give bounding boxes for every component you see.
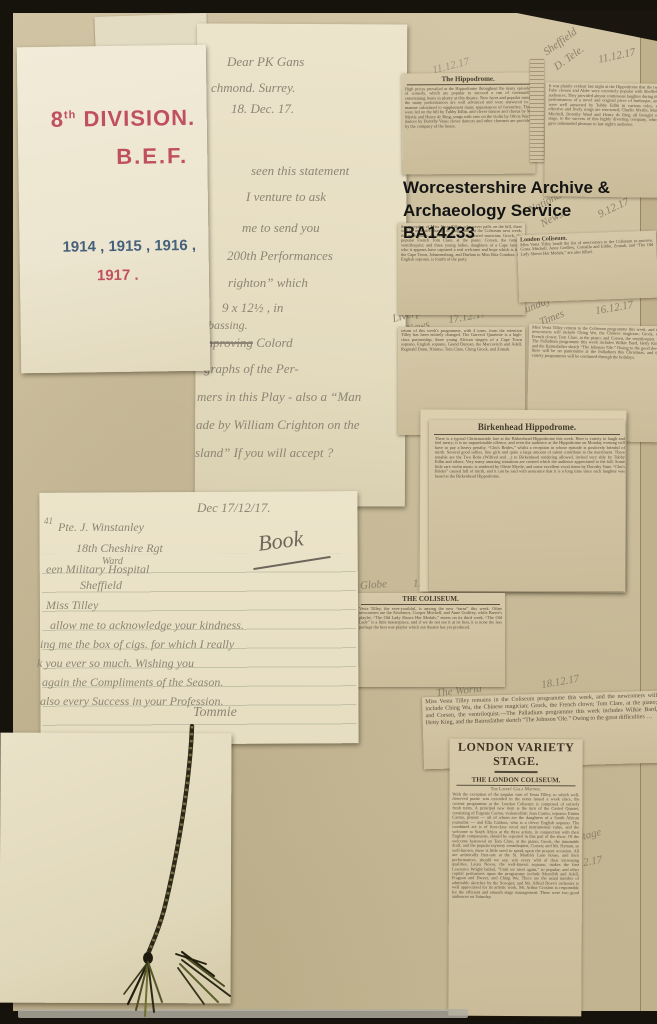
clipping-headline: Birkenhead Hippodrome. [434,422,620,435]
clipping-hippodrome: The Hippodrome. High prices prevailed at… [402,73,536,175]
division-card-years-blue: 1914 , 1915 , 1916 , [62,237,196,256]
clipping-body: return of this week's programme, with 4 … [401,329,522,352]
handwriting-line: I venture to ask [246,189,326,205]
clipping-headline: THE COLISEUM. [361,595,500,605]
handwriting-line: seen this statement [251,163,349,179]
handwriting-line: 18. Dec. 17. [231,101,294,117]
clipping-torn-strip [530,59,544,162]
pencil-note-book: Book [257,525,305,556]
letter-salutation: Miss Tilley [46,598,98,613]
handwriting-line: ade by William Crighton on the [196,417,360,433]
scrapbook-scan: Dear PK Gans chmond. Surrey. 18. Dec. 17… [0,0,657,1024]
handwriting-line: 200th Performances [227,248,333,264]
handwriting-line: chmond. Surrey. [211,80,295,96]
handwriting-line-strikethrough: improving Colord [200,335,293,351]
handwriting-line: sland” If you will accept ? [195,445,333,461]
clipping-subheadline: THE LONDON COLISEUM. [456,775,575,786]
letter-address-line: 18th Cheshire Rgt [76,541,163,556]
division-number-suffix: th [64,109,77,121]
division-card-bef: B.E.F. [116,143,188,170]
letter-body-line: k you ever so much. Wishing you [37,656,194,671]
handwriting-line: me to send you [242,220,320,236]
annotation-source: Globe [360,578,388,592]
division-card-title: 8th DIVISION. [51,105,196,133]
tassel-fray-right [176,952,230,1004]
handwriting-line: mers in this Play - also a “Man [197,389,361,405]
headline-rule [494,770,537,772]
letter-body-line: again the Compliments of the Season. [42,675,223,690]
archive-watermark-line3: BA14233 [403,222,657,245]
clipping-body: It was plainly evident last night at the… [548,84,657,127]
clipping-body: Vesta Tilley, the ever-youthful, is amon… [359,607,502,630]
clipping-subsubheadline: The Ladies' Gala Matinee. [465,786,567,791]
clipping-body: With the exception of the popular turn o… [452,792,580,900]
clipping-headline: LONDON VARIETY [453,741,580,755]
division-card-year-red: 1917 . [97,267,139,285]
handwriting-line: 9 x 12½ , in [222,300,283,316]
archive-watermark: Worcestershire Archive & Archaeology Ser… [403,177,657,245]
clipping-headline: The Hippodrome. [407,75,530,86]
handwriting-line: graphs of the Per- [204,361,299,377]
letter-body-line: ing me the box of cigs. for which I real… [40,637,234,652]
handwriting-line: bassing. [208,318,248,333]
letter-date: Dec 17/12/17. [197,500,271,516]
letter-address-line: Sheffield [80,578,122,593]
tassel-cord [118,724,258,1024]
clipping-headline: STAGE. [453,754,580,768]
letter-address-line: Pte. J. Winstanley [58,520,144,535]
handwriting-line: Dear PK Gans [227,54,304,70]
letter-corner-mark: 41 [44,516,53,526]
division-word: DIVISION. [76,105,195,132]
division-card: 8th DIVISION. B.E.F. 1914 , 1915 , 1916 … [17,45,211,374]
handwriting-line: righton” which [228,275,308,291]
clipping-body: Miss Vesta Tilley returns to the Coliseu… [532,326,657,361]
letter-address-line: een Military Hospital [46,562,149,577]
tassel-fray-left [124,962,162,1016]
letter-signature: Tommie [193,705,237,721]
archive-watermark-line2: Archaeology Service [403,200,657,223]
archive-watermark-line1: Worcestershire Archive & [403,177,657,200]
after-struck-word: Colord [253,335,293,350]
clipping-body: High prices prevailed at the Hippodrome … [405,87,532,130]
letter-body-line: allow me to acknowledge your kindness. [50,618,244,633]
clipping-body: Miss Vesta Tilley remains in the Coliseu… [425,693,657,727]
clipping-body: There is a typical Christmastide fare at… [432,437,625,479]
clipping-london-variety: LONDON VARIETY STAGE. THE LONDON COLISEU… [448,739,582,1017]
clipping-coliseum: THE COLISEUM. Vesta Tilley, the ever-you… [356,593,505,687]
division-number: 8 [51,107,65,132]
clipping-birkenhead: Birkenhead Hippodrome. There is a typica… [429,420,625,591]
